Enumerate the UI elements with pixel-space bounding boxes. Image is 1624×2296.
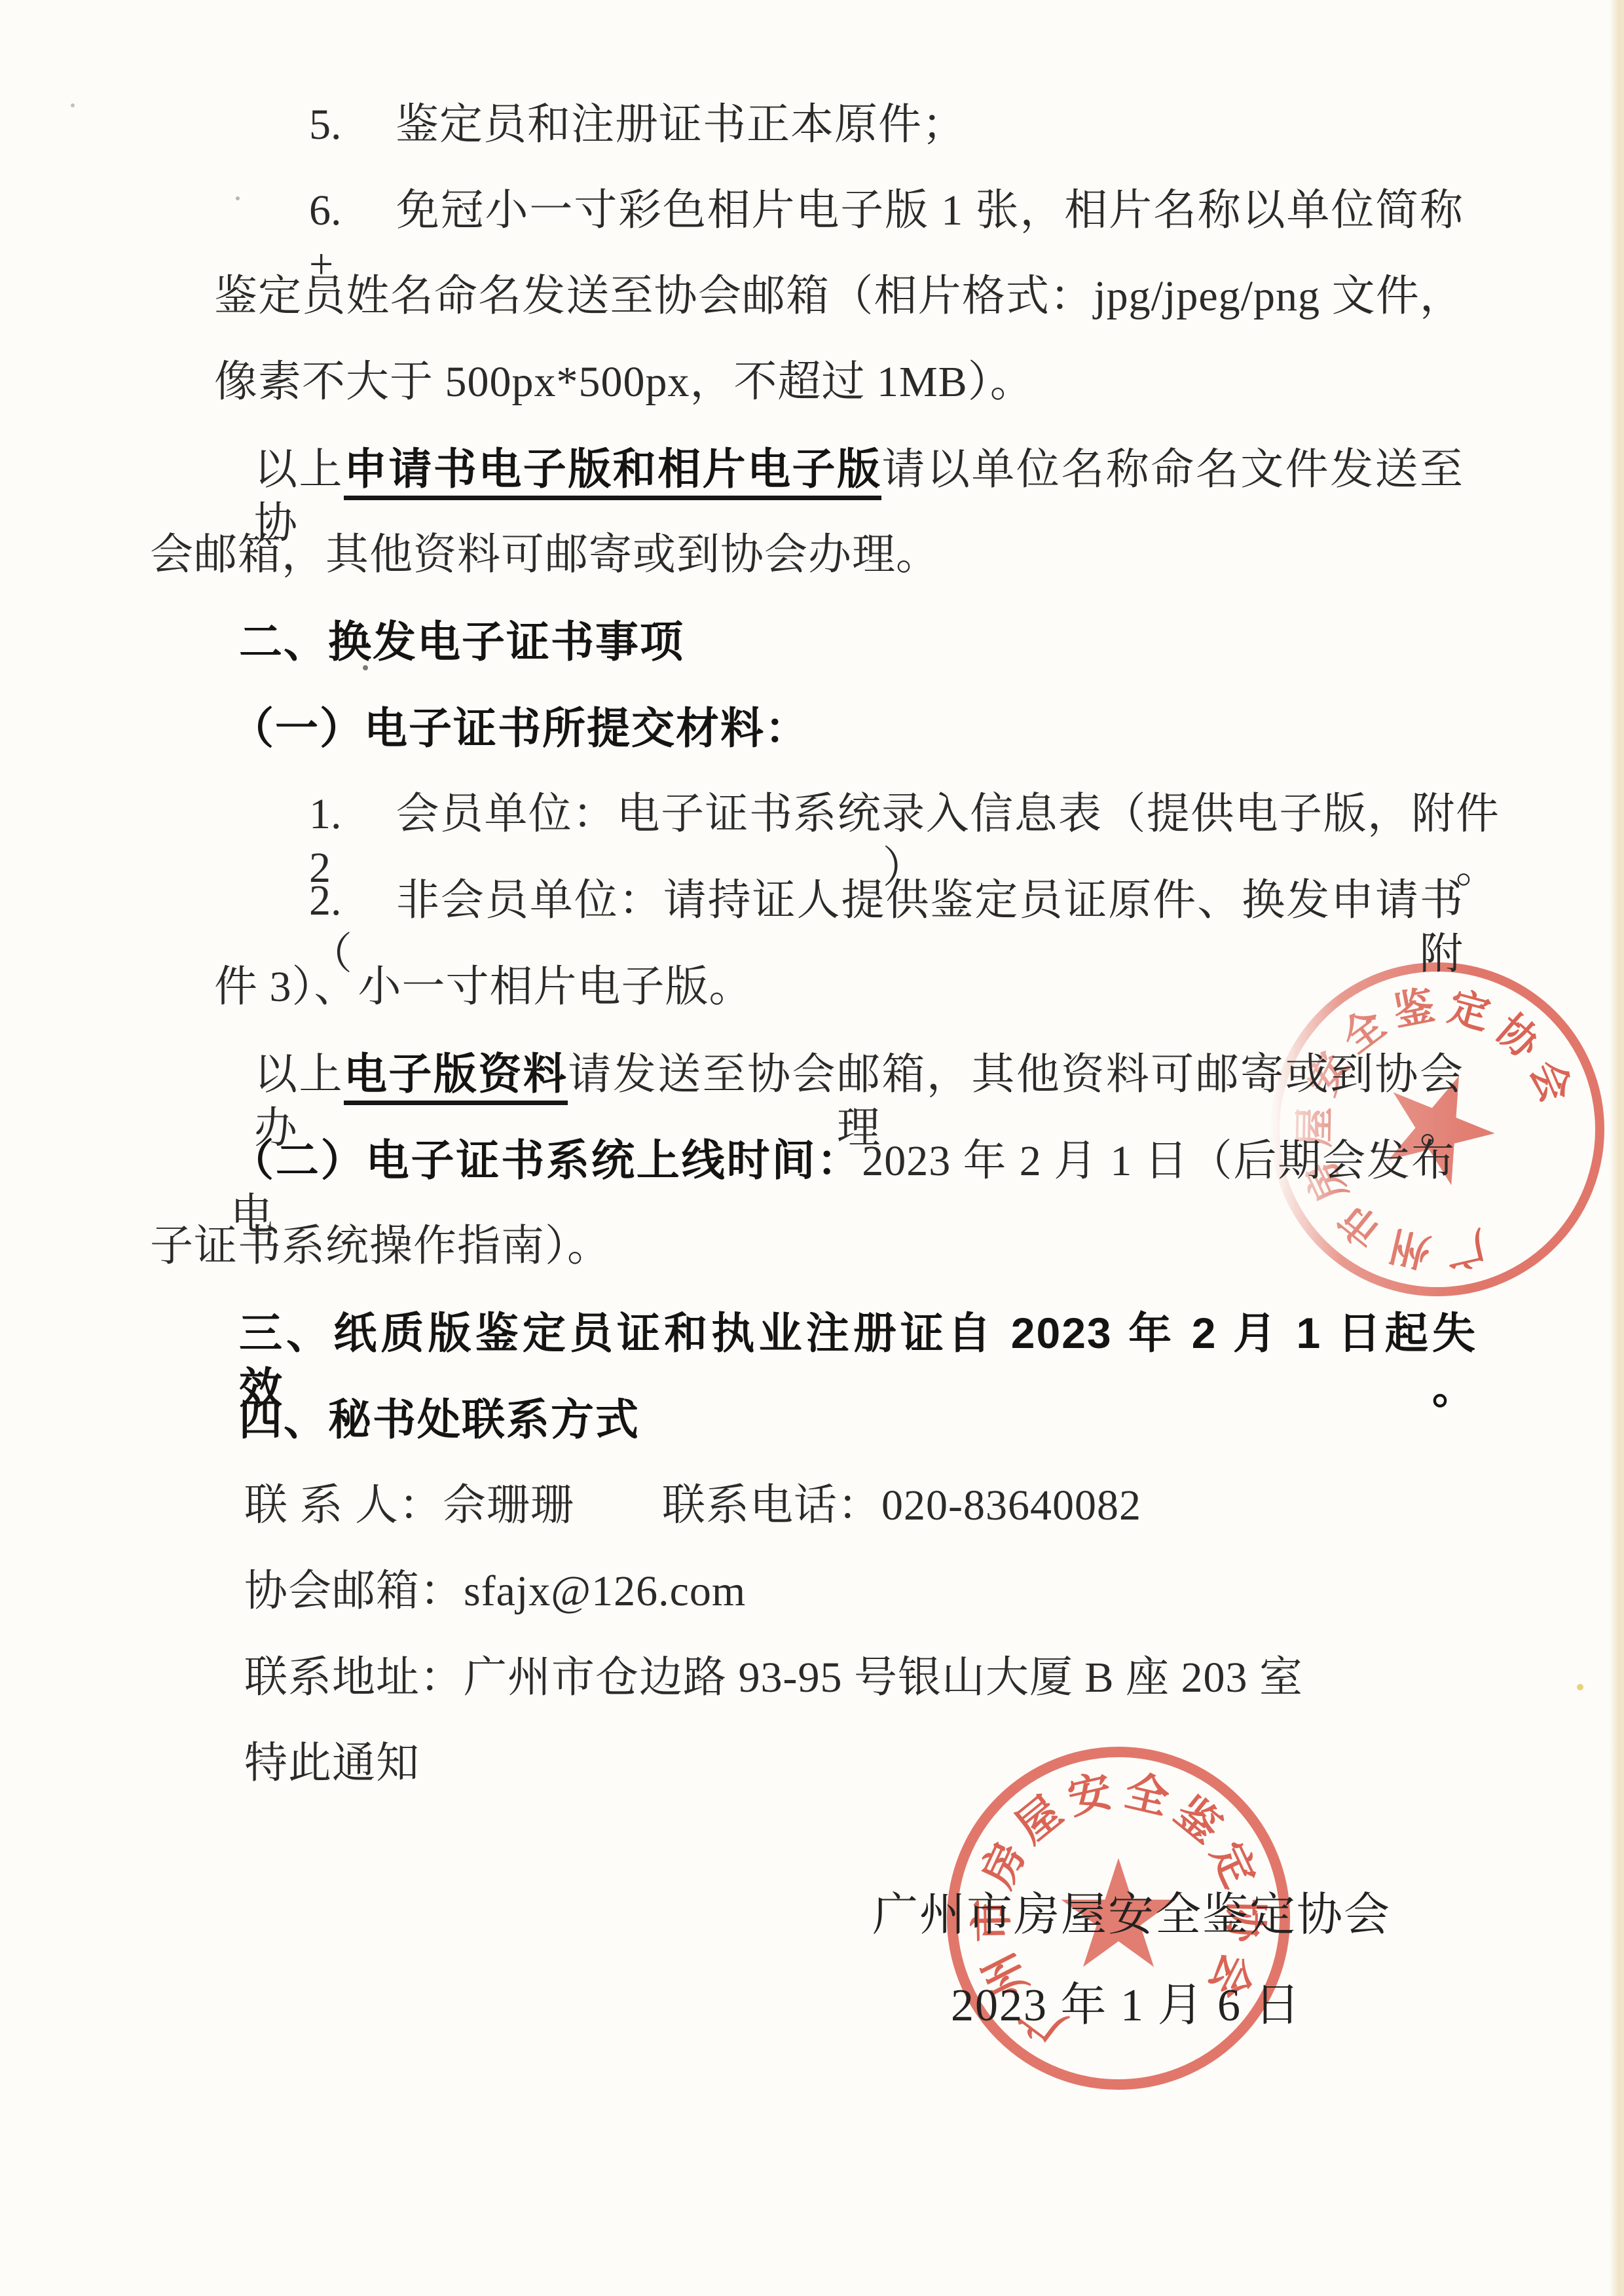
doc-line: 像素不大于 500px*500px，不超过 1MB）。 bbox=[214, 355, 1034, 409]
text-segment: 联 系 人：佘珊珊 联系电话：020-83640082 bbox=[244, 1482, 1141, 1529]
svg-text:安: 安 bbox=[1063, 1768, 1116, 1824]
text-segment: 二、换发电子证书事项 bbox=[239, 617, 684, 666]
scan-speck bbox=[236, 196, 240, 200]
scan-speck bbox=[1577, 1684, 1583, 1690]
text-segment: 子证书系统操作指南）。 bbox=[150, 1222, 611, 1270]
text-segment: （二）电子证书系统上线时间： bbox=[231, 1136, 862, 1184]
text-segment: 会邮箱，其他资料可邮寄或到协会办理。 bbox=[150, 531, 940, 579]
text-segment: 1. bbox=[309, 788, 396, 841]
scan-edge-shadow bbox=[1610, 0, 1624, 2296]
doc-line: （一）电子证书所提交材料： bbox=[231, 701, 809, 756]
doc-line: 5.鉴定员和注册证书正本原件； bbox=[309, 98, 966, 152]
text-segment: 2. bbox=[309, 874, 396, 928]
scanned-notice-page: 广州市房屋安全鉴定协会 广州市房屋安全鉴定协会 5.鉴定员和注册证书正本原件；6… bbox=[0, 0, 1624, 2296]
text-segment: 像素不大于 500px*500px，不超过 1MB）。 bbox=[214, 358, 1034, 406]
signature-date: 2023 年 1 月 6 日 bbox=[951, 1978, 1302, 2033]
text-segment: 联系地址：广州市仓边路 93-95 号银山大厦 B 座 203 室 bbox=[244, 1654, 1303, 1702]
svg-text:全: 全 bbox=[1120, 1768, 1173, 1824]
doc-line: 子证书系统操作指南）。 bbox=[150, 1220, 611, 1273]
scan-speck bbox=[363, 665, 368, 670]
text-segment: 特此通知 bbox=[244, 1740, 420, 1787]
doc-line: 四、秘书处联系方式 bbox=[239, 1393, 640, 1448]
text-segment: 以上 bbox=[254, 446, 344, 494]
doc-line: 联系地址：广州市仓边路 93-95 号银山大厦 B 座 203 室 bbox=[244, 1651, 1303, 1705]
doc-line: 件 3）、小一寸相片电子版。 bbox=[214, 960, 753, 1014]
underlined-emphasis: 电子版资料 bbox=[344, 1049, 568, 1105]
text-segment: 鉴定员姓名命名发送至协会邮箱（相片格式：jpg/jpeg/png 文件， bbox=[214, 272, 1464, 320]
doc-line: 特此通知 bbox=[244, 1737, 420, 1791]
text-segment: 以上 bbox=[254, 1051, 344, 1099]
doc-line: 二、换发电子证书事项 bbox=[239, 615, 684, 670]
svg-text:屋: 屋 bbox=[1007, 1788, 1071, 1852]
text-segment: 协会邮箱：sfajx@126.com bbox=[244, 1567, 746, 1615]
scan-speck bbox=[71, 103, 75, 107]
text-segment: 6. bbox=[309, 184, 396, 238]
text-segment: （一）电子证书所提交材料： bbox=[231, 704, 809, 752]
doc-line: 协会邮箱：sfajx@126.com bbox=[244, 1565, 746, 1618]
text-segment: 5. bbox=[309, 98, 396, 152]
doc-line: 联 系 人：佘珊珊 联系电话：020-83640082 bbox=[244, 1479, 1141, 1533]
underlined-emphasis: 申请书电子版和相片电子版 bbox=[344, 445, 882, 500]
svg-text:房: 房 bbox=[973, 1835, 1035, 1895]
doc-line: 会邮箱，其他资料可邮寄或到协会办理。 bbox=[150, 528, 940, 582]
text-segment: 鉴定员和注册证书正本原件； bbox=[396, 101, 966, 149]
signature-org: 广州市房屋安全鉴定协会 bbox=[872, 1888, 1391, 1943]
svg-text:鉴: 鉴 bbox=[1166, 1788, 1229, 1852]
doc-line: 鉴定员姓名命名发送至协会邮箱（相片格式：jpg/jpeg/png 文件， bbox=[214, 270, 1464, 323]
text-segment: 四、秘书处联系方式 bbox=[239, 1395, 640, 1444]
text-segment: 件 3）、小一寸相片电子版。 bbox=[214, 963, 753, 1011]
svg-text:定: 定 bbox=[1202, 1835, 1263, 1895]
